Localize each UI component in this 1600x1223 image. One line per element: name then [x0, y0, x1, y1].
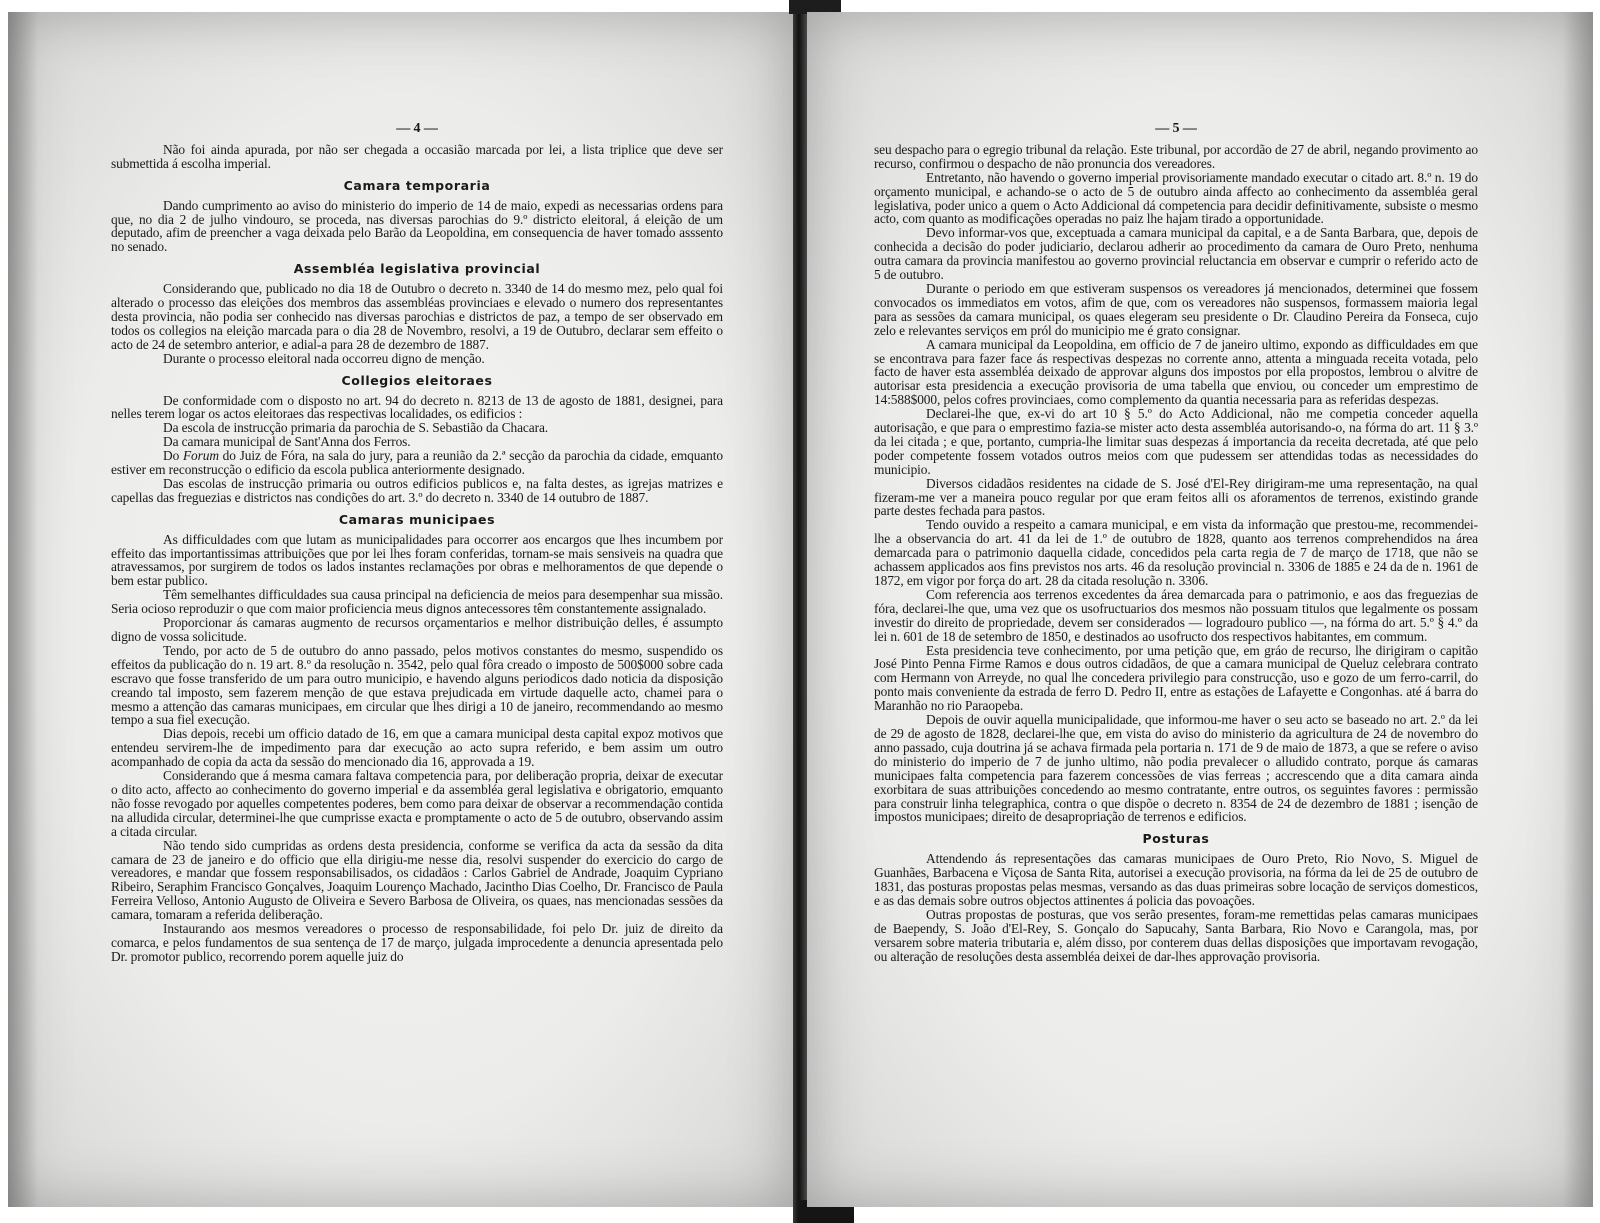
paragraph: Esta presidencia teve conhecimento, por … [874, 644, 1478, 714]
paragraph: Entretanto, não havendo o governo imperi… [874, 171, 1478, 227]
paragraph: Não foi ainda apurada, por não ser chega… [111, 143, 723, 171]
page-number: — 5 — [874, 122, 1478, 136]
paragraph: Dias depois, recebi um officio datado de… [111, 727, 723, 769]
section-heading: Camara temporaria [111, 179, 723, 193]
paragraph: Depois de ouvir aquella municipalidade, … [874, 713, 1478, 824]
italic-term: Forum [183, 448, 219, 463]
paragraph: Têm semelhantes difficuldades sua causa … [111, 588, 723, 616]
section-heading: Collegios eleitoraes [111, 374, 723, 388]
paragraph: seu despacho para o egregio tribunal da … [874, 143, 1478, 171]
paragraph: Não tendo sido cumpridas as ordens desta… [111, 839, 723, 922]
right-page-content: seu despacho para o egregio tribunal da … [874, 143, 1478, 964]
section-heading: Assembléa legislativa provincial [111, 262, 723, 276]
paragraph: De conformidade com o disposto no art. 9… [111, 394, 723, 422]
paragraph: Attendendo ás representações das camaras… [874, 852, 1478, 908]
book-spread: — 4 — Não foi ainda apurada, por não ser… [0, 0, 1600, 1223]
paragraph: Devo informar-vos que, exceptuada a cama… [874, 226, 1478, 282]
paragraph: Considerando que á mesma camara faltava … [111, 769, 723, 839]
paragraph: Do Forum do Juiz de Fóra, na sala do jur… [111, 449, 723, 477]
paragraph: Das escolas de instrucção primaria ou ou… [111, 477, 723, 505]
paragraph: Da camara municipal de Sant'Anna dos Fer… [111, 435, 723, 449]
paragraph-lead: Do [163, 448, 183, 463]
paragraph: Tendo ouvido a respeito a camara municip… [874, 518, 1478, 588]
book-binding [793, 0, 807, 1223]
left-page-content: Não foi ainda apurada, por não ser chega… [111, 143, 723, 964]
paragraph: Outras propostas de posturas, que vos se… [874, 908, 1478, 964]
paragraph: Durante o periodo em que estiveram suspe… [874, 282, 1478, 338]
paragraph: Tendo, por acto de 5 de outubro do anno … [111, 644, 723, 727]
right-page-text: — 5 — seu despacho para o egregio tribun… [874, 122, 1478, 963]
paragraph: Declarei-lhe que, ex-vi do art 10 § 5.º … [874, 407, 1478, 477]
section-heading: Posturas [874, 832, 1478, 846]
left-page-text: — 4 — Não foi ainda apurada, por não ser… [111, 122, 723, 964]
paragraph: Instaurando aos mesmos vereadores o proc… [111, 922, 723, 964]
paragraph: As difficuldades com que lutam as munici… [111, 533, 723, 589]
paragraph: Durante o processo eleitoral nada occorr… [111, 352, 723, 366]
paragraph: Dando cumprimento ao aviso do ministerio… [111, 199, 723, 255]
page-number: — 4 — [111, 122, 723, 136]
paragraph: Diversos cidadãos residentes na cidade d… [874, 477, 1478, 519]
left-page: — 4 — Não foi ainda apurada, por não ser… [8, 12, 793, 1207]
paragraph: Com referencia aos terrenos excedentes d… [874, 588, 1478, 644]
paragraph: Considerando que, publicado no dia 18 de… [111, 282, 723, 352]
right-page: — 5 — seu despacho para o egregio tribun… [807, 12, 1593, 1207]
paragraph: A camara municipal da Leopoldina, em off… [874, 338, 1478, 408]
paragraph: Proporcionar ás camaras augmento de recu… [111, 616, 723, 644]
section-heading: Camaras municipaes [111, 513, 723, 527]
paragraph: Da escola de instrucção primaria da paro… [111, 421, 723, 435]
